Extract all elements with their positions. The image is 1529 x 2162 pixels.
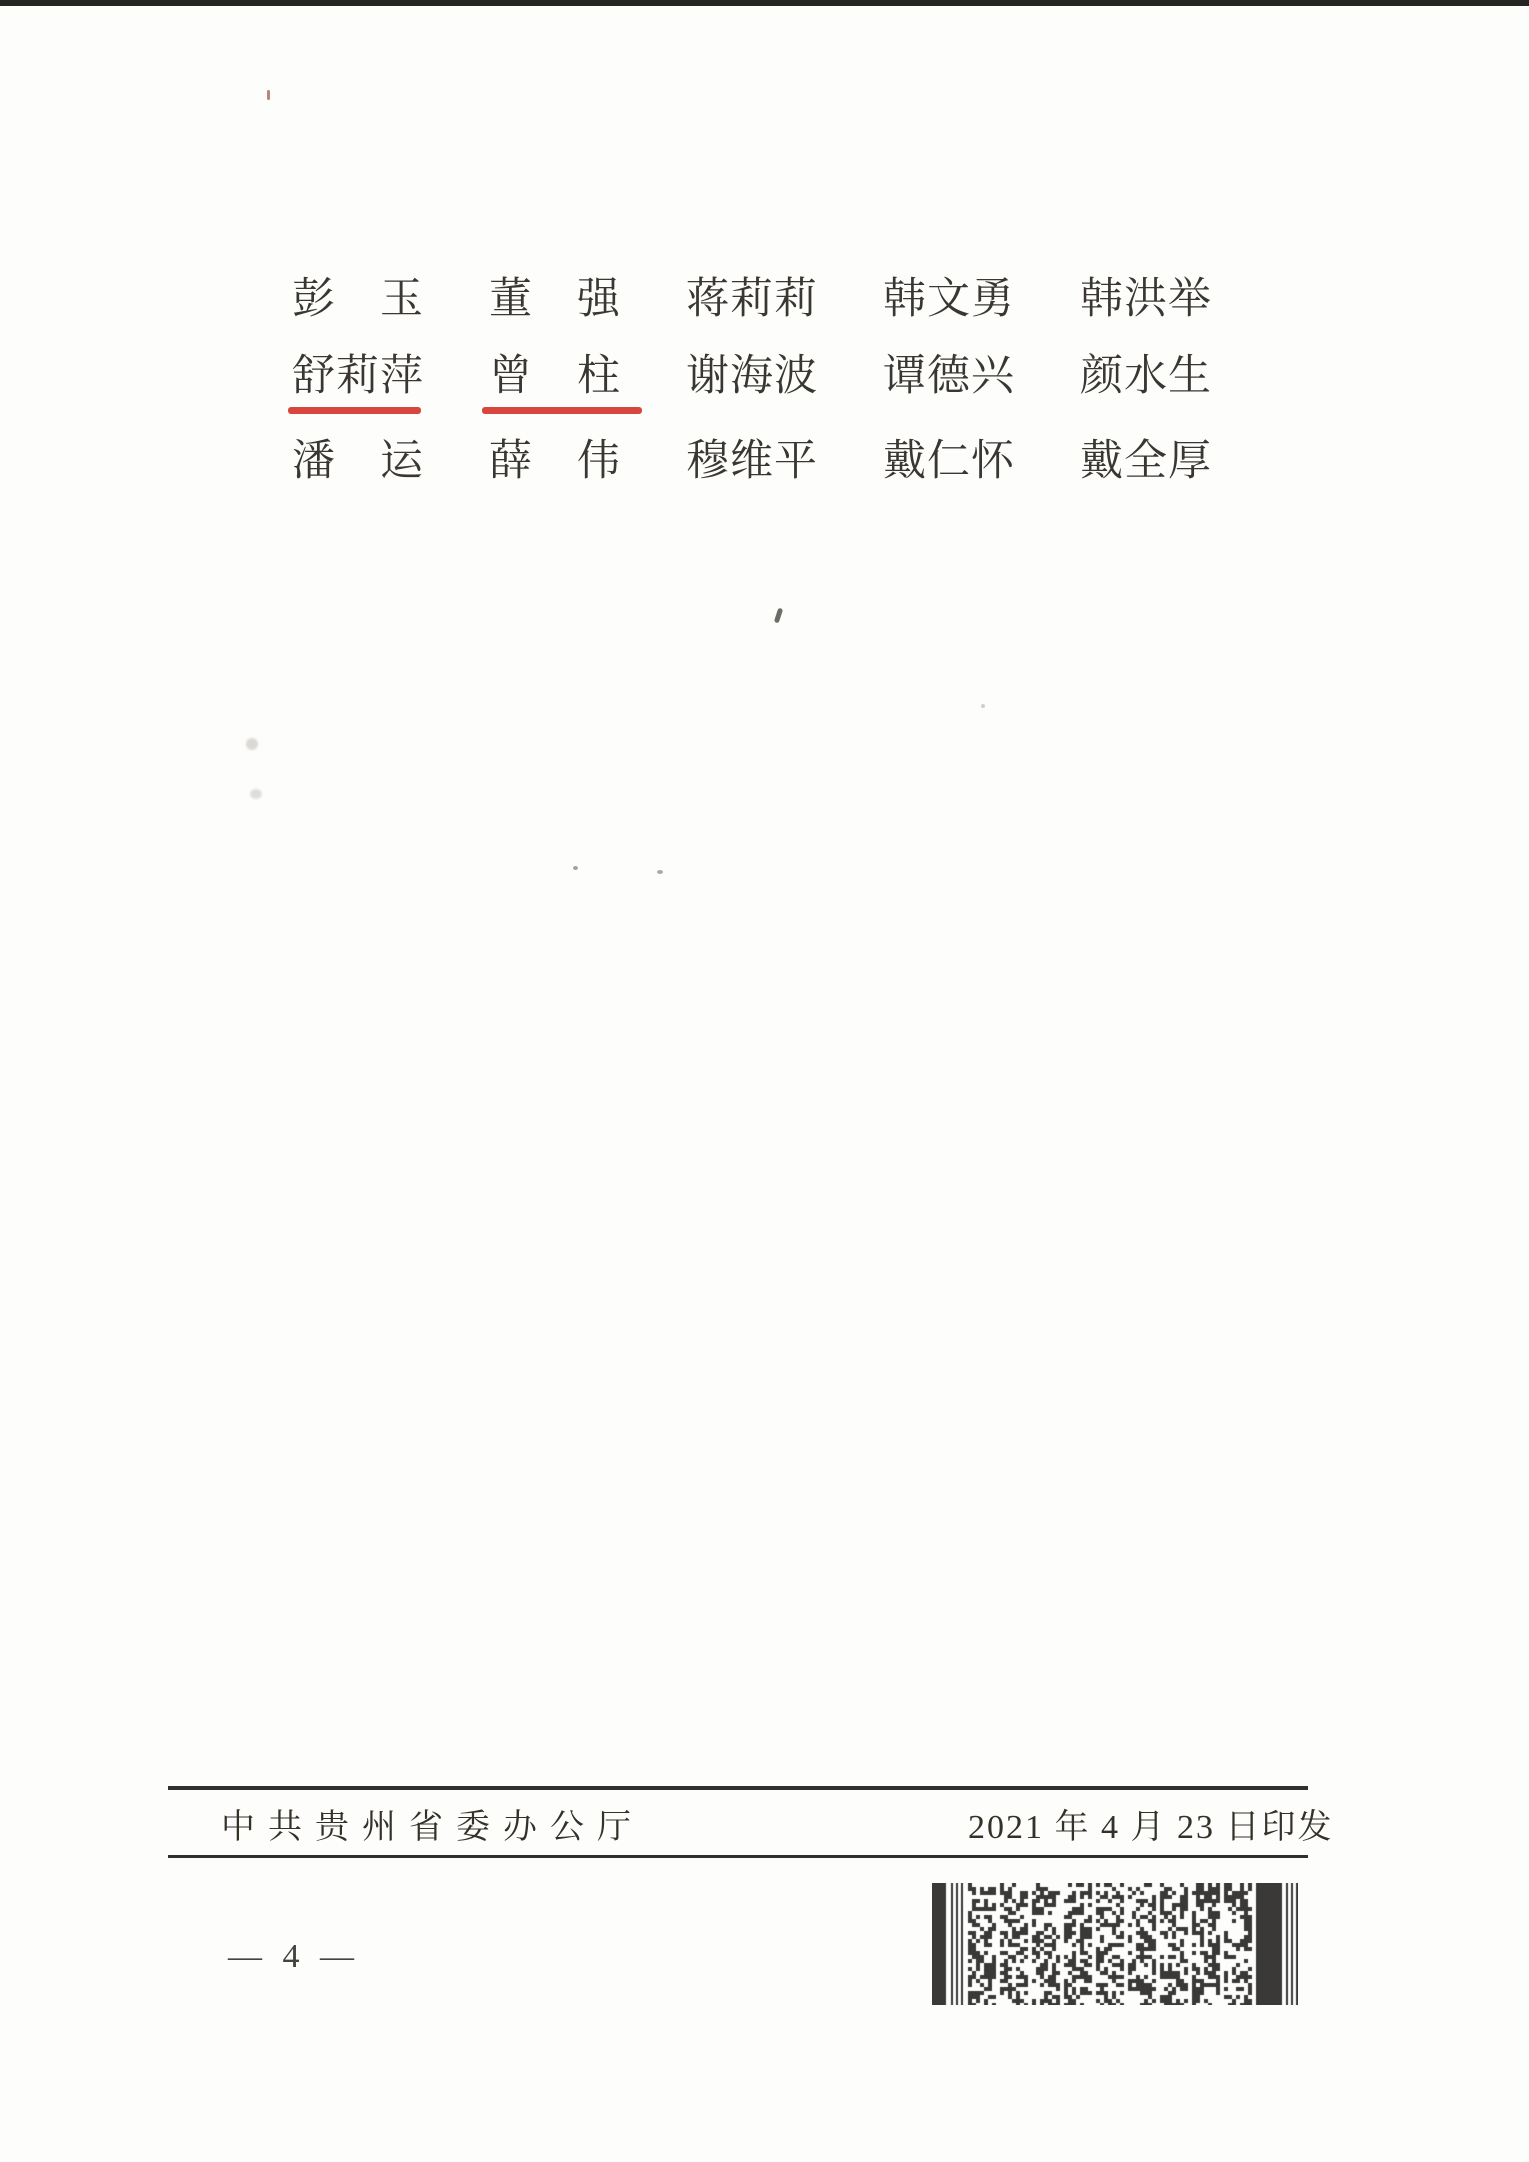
- print-date: 2021 年 4 月 23 日印发: [968, 1799, 1334, 1848]
- name-list-row: 彭 玉 董 强 蒋莉莉 韩文勇 韩洪举: [292, 276, 1217, 323]
- person-name: 韩洪举: [1080, 276, 1212, 323]
- person-name: 蒋莉莉: [686, 276, 818, 323]
- person-name: 薛 伟: [489, 438, 621, 485]
- person-name: 潘 运: [292, 438, 424, 485]
- person-name: 韩文勇: [883, 276, 1015, 323]
- barcode-icon: [932, 1883, 1298, 2005]
- page-number: — 4 —: [228, 1938, 360, 1976]
- person-name-underlined: 曾 柱: [489, 353, 621, 400]
- scan-artifact: [657, 870, 663, 874]
- footer-bottom-rule: [168, 1855, 1308, 1858]
- scan-artifact: [774, 608, 783, 624]
- person-name: 戴全厚: [1080, 438, 1212, 485]
- scan-artifact: [267, 90, 270, 100]
- person-name: 董 强: [489, 276, 621, 323]
- person-name-underlined: 舒莉萍: [292, 353, 424, 400]
- person-name: 戴仁怀: [883, 438, 1015, 485]
- person-name: 穆维平: [686, 438, 818, 485]
- red-underline-mark: [288, 407, 421, 414]
- name-list-row: 潘 运 薛 伟 穆维平 戴仁怀 戴全厚: [292, 438, 1217, 485]
- footer-top-rule: [168, 1786, 1308, 1790]
- person-name: 谭德兴: [883, 353, 1015, 400]
- scan-artifact: [250, 789, 262, 799]
- issuing-office: 中共贵州省委办公厅: [221, 1799, 644, 1848]
- scan-edge-artifact: [0, 0, 1529, 6]
- scanned-document-page: { "document": { "names": { "rows": [ ["彭…: [0, 0, 1529, 2162]
- red-underline-mark: [482, 407, 642, 414]
- person-name: 彭 玉: [292, 276, 424, 323]
- name-list-row: 舒莉萍 曾 柱 谢海波 谭德兴 颜水生: [292, 353, 1217, 400]
- person-name: 颜水生: [1080, 353, 1212, 400]
- scan-artifact: [573, 866, 578, 870]
- scan-artifact: [981, 704, 985, 708]
- scan-artifact: [246, 738, 258, 750]
- person-name: 谢海波: [686, 353, 818, 400]
